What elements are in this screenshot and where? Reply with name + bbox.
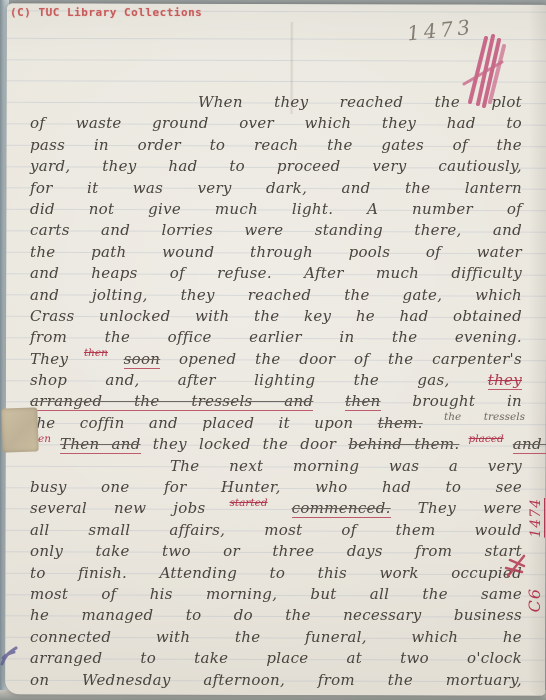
manuscript-word: arranged to take place at two o'clock <box>30 649 522 667</box>
manuscript-word: on Wednesday afternoon, from the mortuar… <box>30 671 522 689</box>
manuscript-word: shop and, after lighting the gas, <box>30 371 450 389</box>
manuscript-edit-k: behind them. <box>348 435 459 453</box>
manuscript-line: The next morning was a very <box>30 456 522 477</box>
manuscript-word: to finish. Attending to this work occupi… <box>30 564 522 582</box>
manuscript-line: and heaps of refuse. After much difficul… <box>30 263 522 284</box>
manuscript-word: of waste ground over which they had to <box>30 114 522 132</box>
manuscript-word: When they reached the plot <box>198 93 522 111</box>
manuscript-text: When they reached the plot of waste grou… <box>30 92 522 691</box>
manuscript-line: then Then and they locked the door behin… <box>30 434 522 455</box>
manuscript-line: from the office earlier in the evening. <box>30 327 522 348</box>
scanned-page: (C) TUC Library Collections 1473 When th… <box>0 0 546 700</box>
manuscript-word: they locked the door <box>153 435 337 453</box>
red-squiggle-icon <box>504 552 530 582</box>
manuscript-word: They were <box>418 499 522 517</box>
manuscript-line: of waste ground over which they had to <box>30 113 522 134</box>
manuscript-word: several new jobs <box>30 499 205 517</box>
manuscript-line: pass in order to reach the gates of the <box>30 135 522 156</box>
manuscript-line: arranged to take place at two o'clock <box>30 648 522 669</box>
manuscript-word: only take two or three days from start <box>30 542 522 560</box>
manuscript-line: did not give much light. A number of <box>30 199 522 220</box>
manuscript-word: Crass unlocked with the key he had obtai… <box>30 307 522 325</box>
manuscript-word: from the office earlier in the evening. <box>30 328 522 346</box>
manuscript-line: the coffin and placed it upon them. the … <box>30 413 522 434</box>
manuscript-line: and jolting, they reached the gate, whic… <box>30 285 522 306</box>
manuscript-edit-kr: Then and <box>60 435 141 454</box>
manuscript-edit-sup-k: the tressels <box>444 411 525 423</box>
manuscript-line: When they reached the plot <box>30 92 522 113</box>
manuscript-edit-sup-rk: placed <box>469 433 504 445</box>
manuscript-word: and jolting, they reached the gate, whic… <box>30 286 522 304</box>
ink-smudge-icon <box>0 644 20 668</box>
manuscript-word: They <box>30 350 68 368</box>
manuscript-edit-kr: arranged the tressels and <box>30 392 313 411</box>
manuscript-word: busy one for Hunter, who had to see <box>30 478 522 496</box>
manuscript-word: and heaps of refuse. After much difficul… <box>30 264 522 282</box>
manuscript-word: most of his morning, but all the same <box>30 585 522 603</box>
manuscript-line: shop and, after lighting the gas, they <box>30 370 522 391</box>
manuscript-line: busy one for Hunter, who had to see <box>30 477 522 498</box>
manuscript-word: yard, they had to proceed very cautiousl… <box>30 157 522 175</box>
manuscript-line: carts and lorries were standing there, a… <box>30 220 522 241</box>
manuscript-word: did not give much light. A number of <box>30 200 522 218</box>
manuscript-line: yard, they had to proceed very cautiousl… <box>30 156 522 177</box>
manuscript-line: the path wound through pools of water <box>30 242 522 263</box>
manuscript-word: opened the door of the carpenter's <box>179 350 522 368</box>
manuscript-line: only take two or three days from start <box>30 541 522 562</box>
manuscript-word: for it was very dark, and the lantern <box>30 179 522 197</box>
manuscript-line: connected with the funeral, which he <box>30 627 522 648</box>
manuscript-word: the path wound through pools of water <box>30 243 522 261</box>
manuscript-edit-kr: commenced. <box>292 499 391 518</box>
manuscript-line: They then soon opened the door of the ca… <box>30 349 522 370</box>
manuscript-line: for it was very dark, and the lantern <box>30 178 522 199</box>
margin-page-ref: 1474 <box>528 498 544 538</box>
manuscript-word: carts and lorries were standing there, a… <box>30 221 522 239</box>
manuscript-line: all small affairs, most of them would <box>30 520 522 541</box>
manuscript-word: the coffin and placed it upon <box>30 414 353 432</box>
manuscript-edit-rk: they <box>488 371 522 390</box>
manuscript-edit-kr: and placed <box>513 435 546 454</box>
manuscript-edit-kr: then <box>345 392 380 411</box>
manuscript-edit-k: them. <box>378 414 423 432</box>
manuscript-word: The next morning was a very <box>170 457 522 475</box>
manuscript-line: on Wednesday afternoon, from the mortuar… <box>30 670 522 691</box>
manuscript-edit-sup-rk: then <box>84 347 108 359</box>
manuscript-word: all small affairs, most of them would <box>30 521 522 539</box>
manuscript-line: arranged the tressels and then brought i… <box>30 391 522 412</box>
manuscript-edit-sup-rk: started <box>230 497 268 509</box>
manuscript-word: pass in order to reach the gates of the <box>30 136 522 154</box>
manuscript-line: most of his morning, but all the same <box>30 584 522 605</box>
library-watermark: (C) TUC Library Collections <box>10 6 202 19</box>
tape-patch <box>1 407 39 452</box>
margin-section-mark: C6 <box>525 588 544 612</box>
manuscript-word: brought in <box>412 392 522 410</box>
manuscript-line: to finish. Attending to this work occupi… <box>30 563 522 584</box>
manuscript-word: connected with the funeral, which he <box>30 628 522 646</box>
manuscript-word: he managed to do the necessary business <box>30 606 522 624</box>
manuscript-line: he managed to do the necessary business <box>30 605 522 626</box>
manuscript-line: several new jobs started commenced. They… <box>30 498 522 519</box>
manuscript-line: Crass unlocked with the key he had obtai… <box>30 306 522 327</box>
manuscript-edit-kr: soon <box>124 350 161 369</box>
